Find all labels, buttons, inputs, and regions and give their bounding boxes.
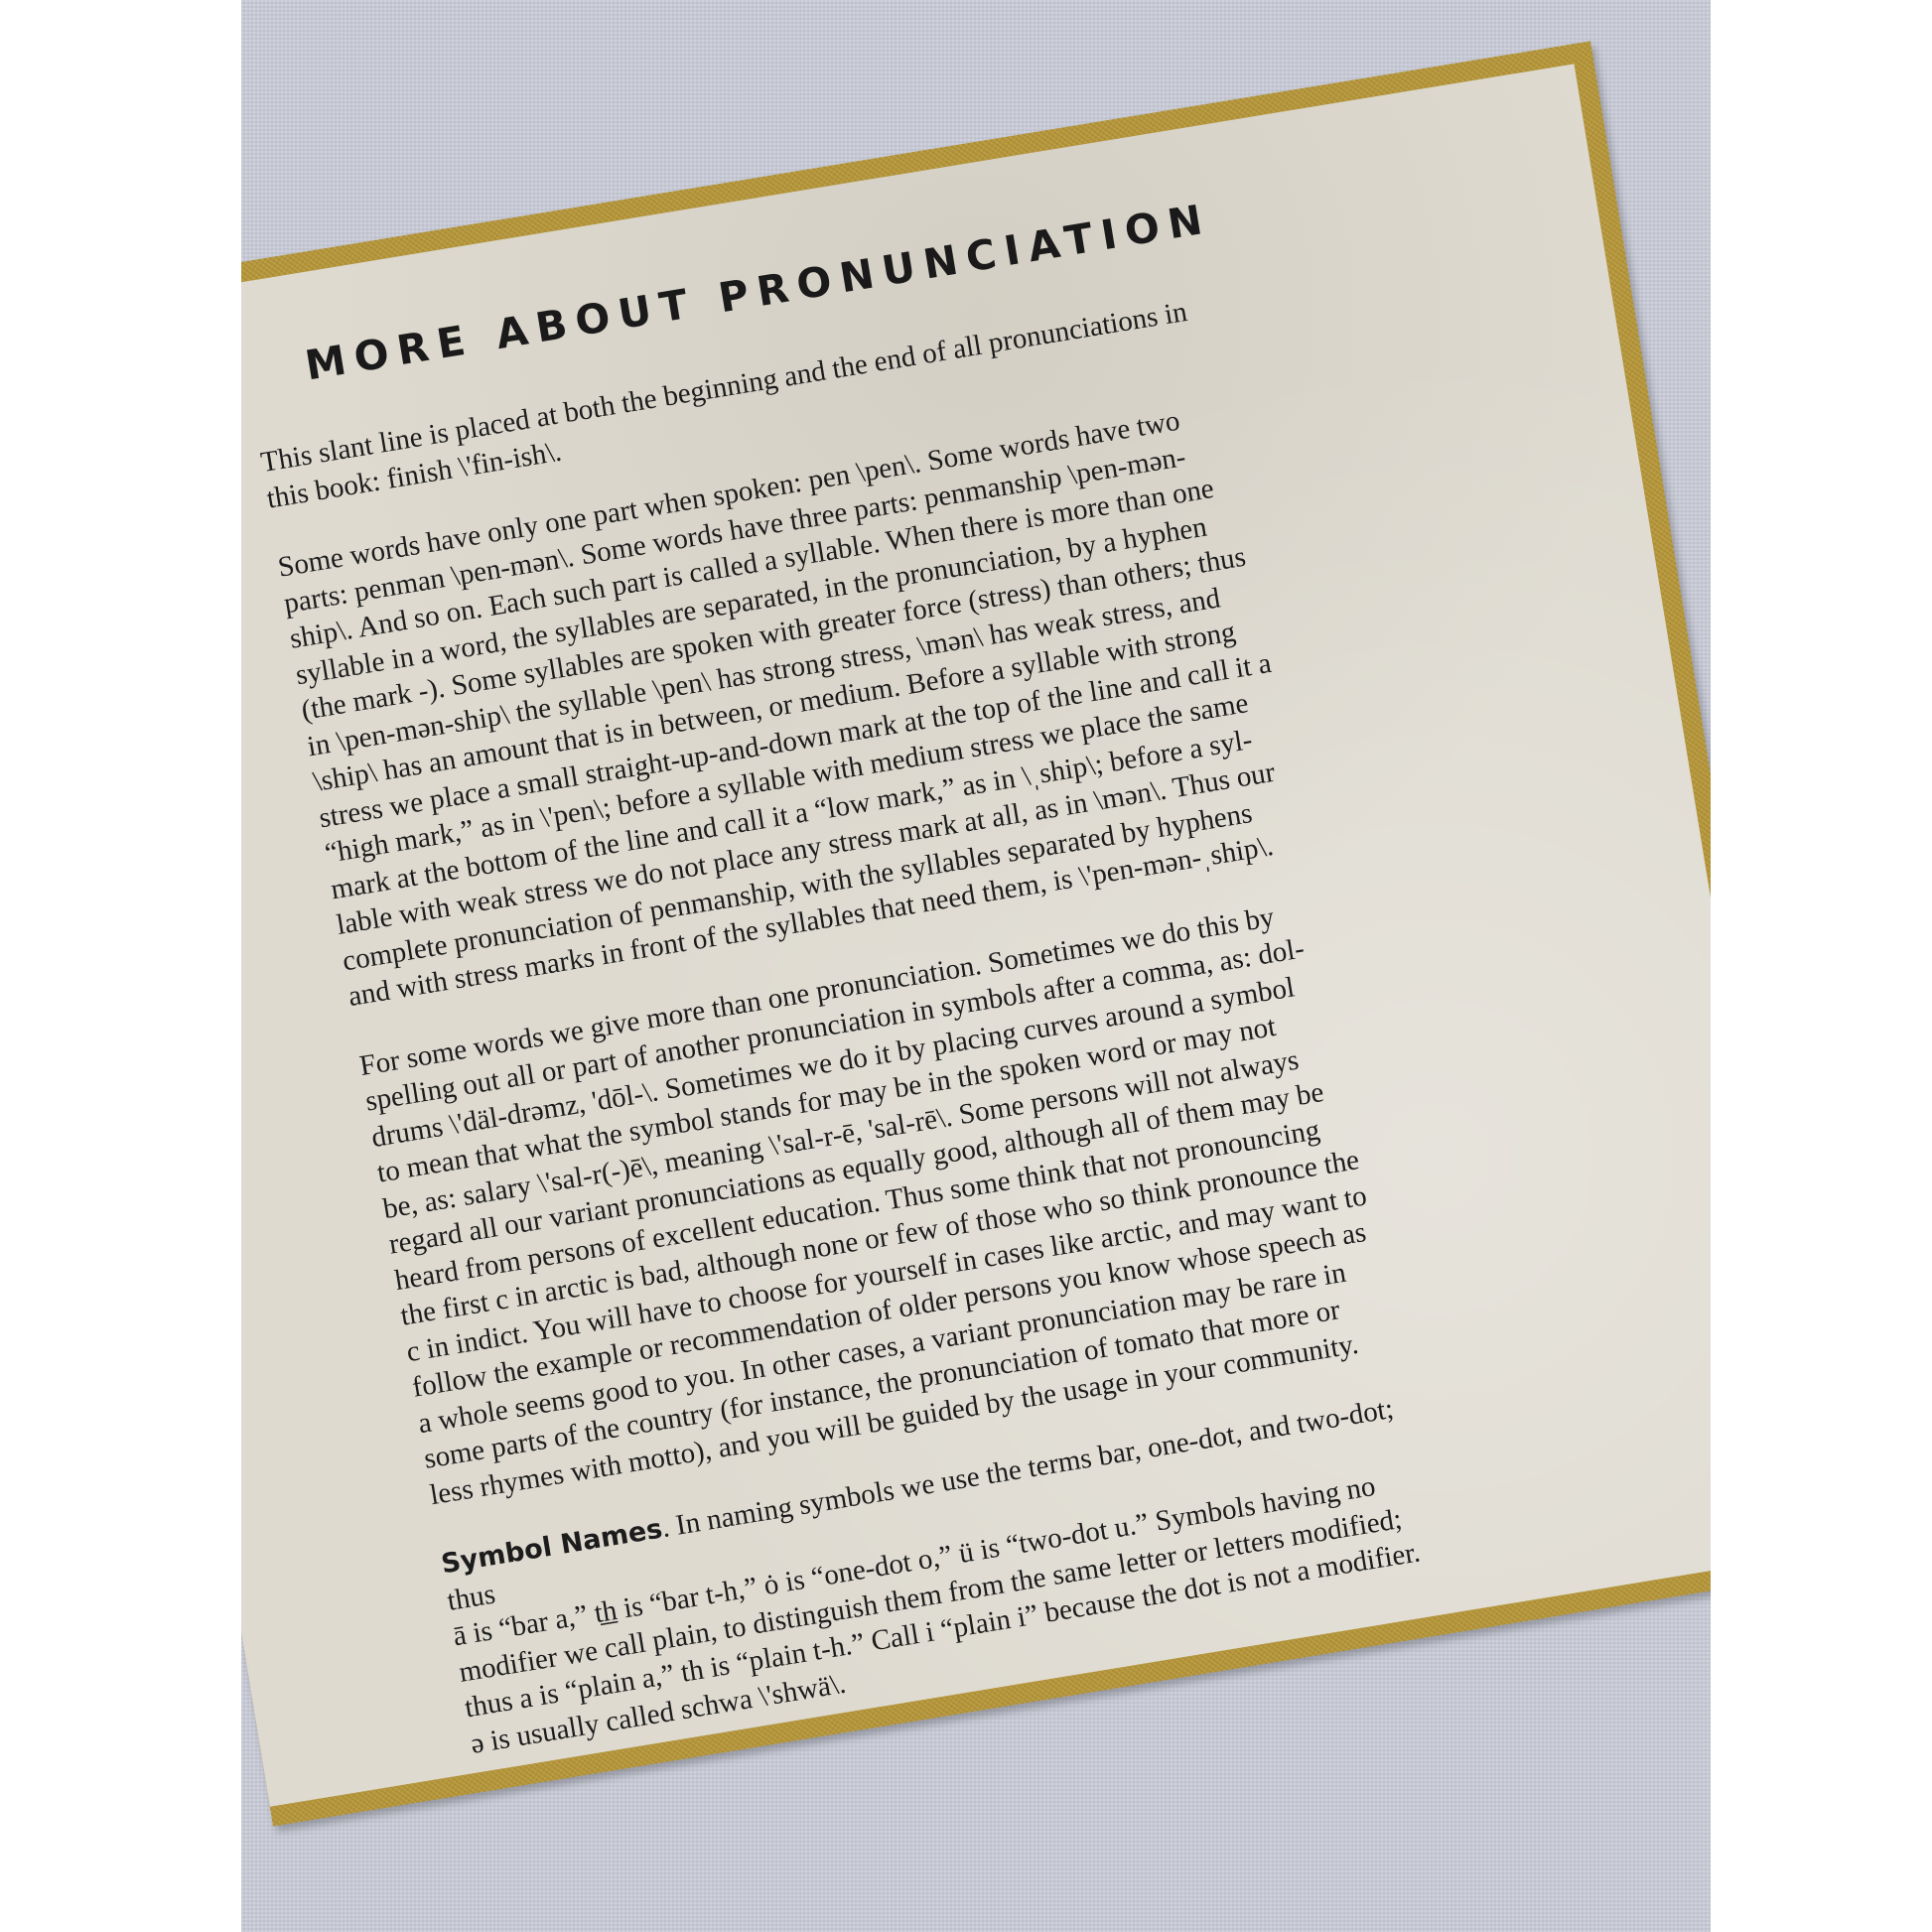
photo: MORE ABOUT PRONUNCIATION This slant line… — [241, 0, 1711, 1932]
section-heading: Symbol Names — [439, 1513, 664, 1580]
page-body: This slant line is placed at both the be… — [258, 285, 1459, 1795]
book-cover: MORE ABOUT PRONUNCIATION This slant line… — [241, 41, 1711, 1826]
book-page: MORE ABOUT PRONUNCIATION This slant line… — [241, 64, 1711, 1806]
